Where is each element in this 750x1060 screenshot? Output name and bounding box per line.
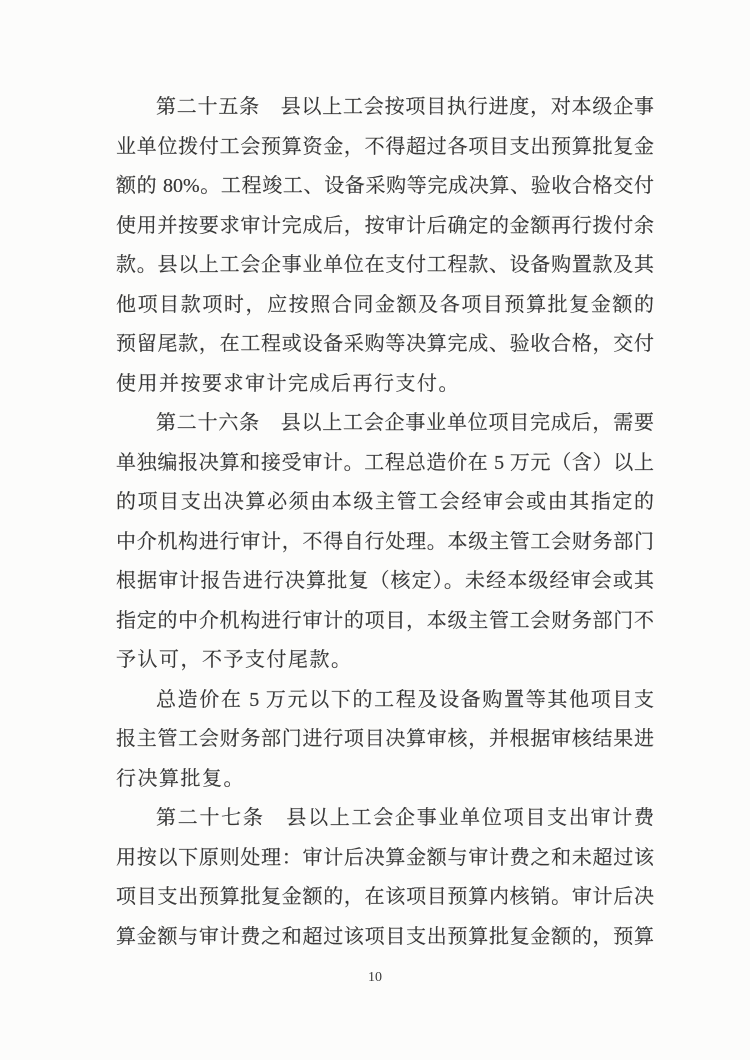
- text-line: 算金额与审计费之和超过该项目支出预算批复金额的，预算: [116, 918, 654, 958]
- text-line: 用按以下原则处理：审计后决算金额与审计费之和未超过该: [116, 839, 654, 879]
- text-line: 第二十七条 县以上工会企事业单位项目支出审计费: [116, 799, 654, 839]
- text-line: 预留尾款，在工程或设备采购等决算完成、验收合格，交付: [116, 325, 654, 365]
- text-line: 的项目支出决算必须由本级主管工会经审会或由其指定的: [116, 483, 654, 523]
- page-number: 10: [368, 970, 382, 985]
- text-line: 额的 80%。工程竣工、设备采购等完成决算、验收合格交付: [116, 167, 654, 207]
- text-content: 第二十五条 县以上工会按项目执行进度，对本级企事 业单位拨付工会预算资金，不得超…: [116, 88, 654, 957]
- text-line: 项目支出预算批复金额的，在该项目预算内核销。审计后决: [116, 878, 654, 918]
- text-line: 他项目款项时，应按照合同金额及各项目预算批复金额的 10%: [116, 286, 654, 326]
- text-line: 第二十六条 县以上工会企事业单位项目完成后，需要: [116, 404, 654, 444]
- text-line: 使用并按要求审计完成后再行支付。: [116, 365, 654, 405]
- text-line: 中介机构进行审计，不得自行处理。本级主管工会财务部门: [116, 523, 654, 563]
- text-line: 予认可，不予支付尾款。: [116, 641, 654, 681]
- text-line: 报主管工会财务部门进行项目决算审核，并根据审核结果进: [116, 720, 654, 760]
- document-page: 第二十五条 县以上工会按项目执行进度，对本级企事 业单位拨付工会预算资金，不得超…: [0, 0, 750, 1060]
- text-line: 单独编报决算和接受审计。工程总造价在 5 万元（含）以上: [116, 444, 654, 484]
- text-line: 业单位拨付工会预算资金，不得超过各项目支出预算批复金: [116, 128, 654, 168]
- text-line: 根据审计报告进行决算批复（核定）。未经本级经审会或其: [116, 562, 654, 602]
- text-line: 使用并按要求审计完成后，按审计后确定的金额再行拨付余: [116, 207, 654, 247]
- text-line: 指定的中介机构进行审计的项目，本级主管工会财务部门不: [116, 602, 654, 642]
- text-line: 款。县以上工会企事业单位在支付工程款、设备购置款及其: [116, 246, 654, 286]
- page-footer: 10: [0, 968, 750, 988]
- text-line: 第二十五条 县以上工会按项目执行进度，对本级企事: [116, 88, 654, 128]
- text-line: 总造价在 5 万元以下的工程及设备购置等其他项目支出，: [116, 681, 654, 721]
- text-line: 行决算批复。: [116, 760, 654, 800]
